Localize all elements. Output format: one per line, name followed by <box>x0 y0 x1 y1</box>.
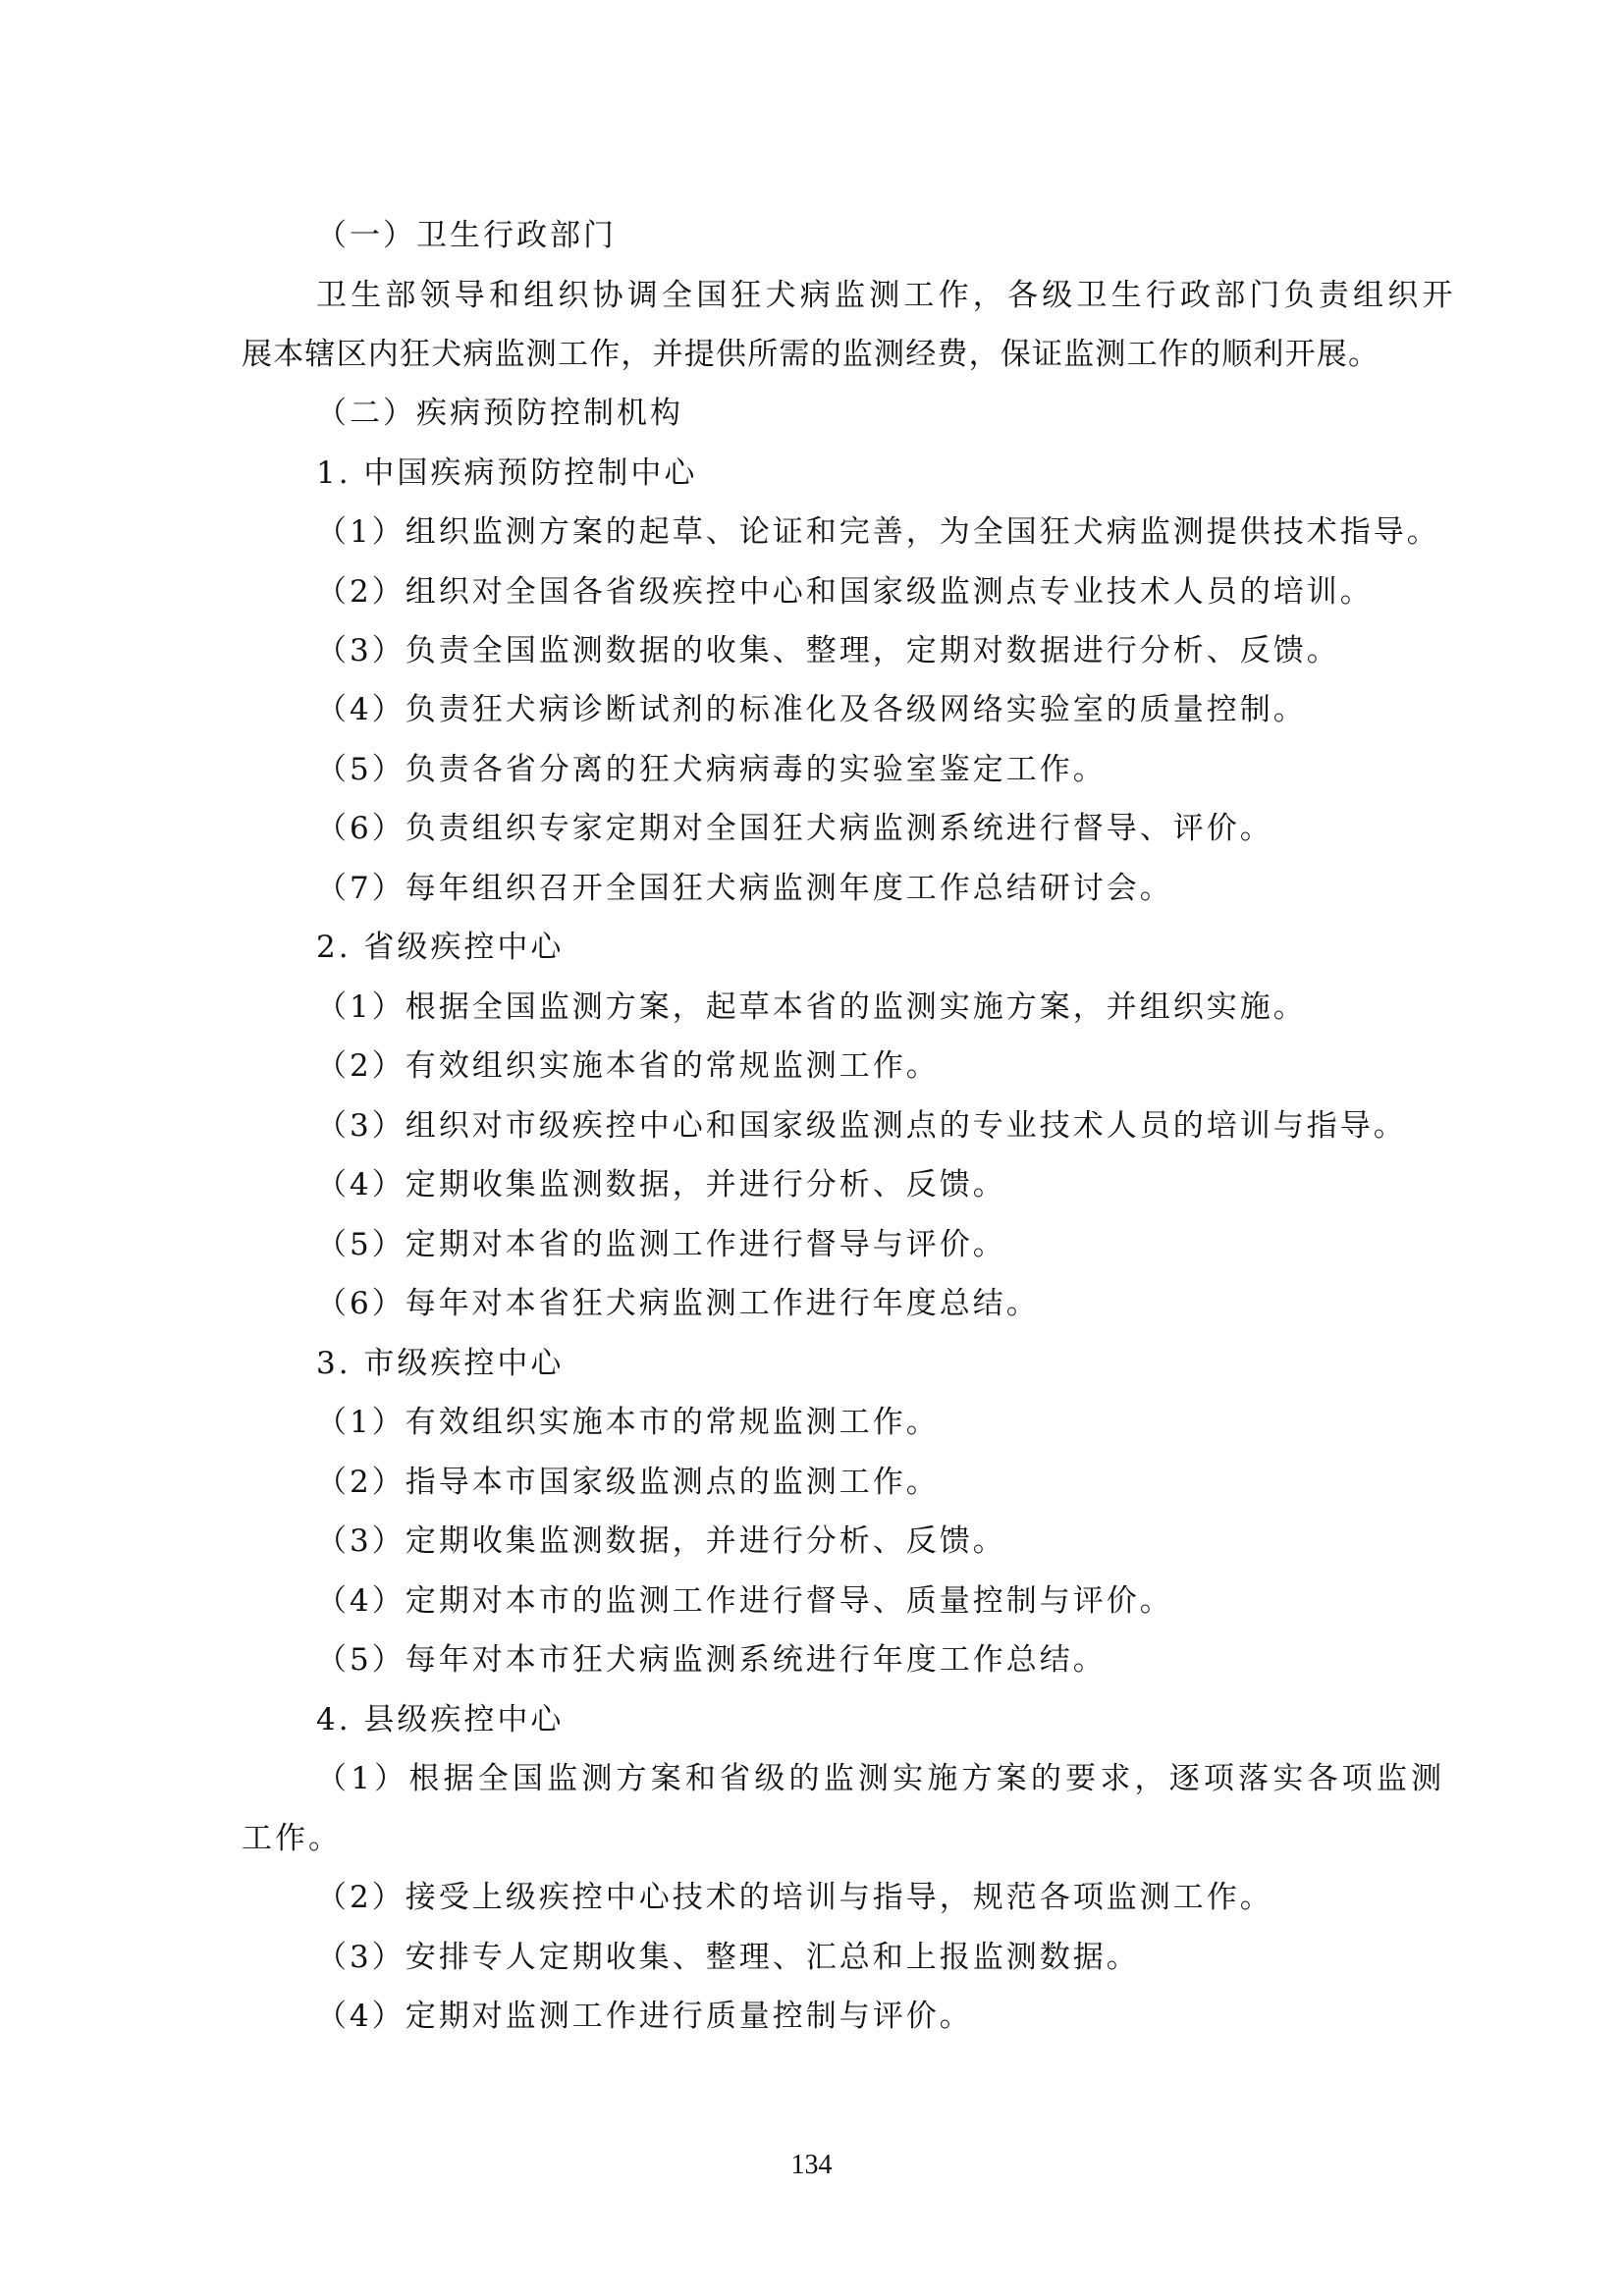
list-item: （4）定期对本市的监测工作进行督导、质量控制与评价。 <box>316 1581 1173 1621</box>
subheading-china-cdc: 1. 中国疾病预防控制中心 <box>316 454 697 493</box>
section-heading-cdc: （二）疾病预防控制机构 <box>316 394 683 433</box>
subheading-county-cdc: 4. 县级疾控中心 <box>316 1700 564 1739</box>
list-item: （1）根据全国监测方案和省级的监测实施方案的要求，逐项落实各项监测 <box>316 1759 1445 1798</box>
paragraph-line: 展本辖区内狂犬病监测工作，并提供所需的监测经费，保证监测工作的顺利开展。 <box>242 335 1380 374</box>
list-item: （1）根据全国监测方案，起草本省的监测实施方案，并组织实施。 <box>316 988 1307 1027</box>
list-item: （6）负责组织专家定期对全国狂犬病监测系统进行督导、评价。 <box>316 809 1273 848</box>
list-item: （1）组织监测方案的起草、论证和完善，为全国狂犬病监测提供技术指导。 <box>316 512 1440 552</box>
list-item: （3）定期收集监测数据，并进行分析、反馈。 <box>316 1522 1006 1561</box>
page-number: 134 <box>0 2150 1623 2181</box>
list-item: （4）定期对监测工作进行质量控制与评价。 <box>316 1997 973 2036</box>
subheading-city-cdc: 3. 市级疾控中心 <box>316 1344 564 1383</box>
list-item: （2）接受上级疾控中心技术的培训与指导，规范各项监测工作。 <box>316 1878 1273 1917</box>
paragraph-line: 卫生部领导和组织协调全国狂犬病监测工作，各级卫生行政部门负责组织开 <box>316 276 1457 315</box>
list-item-continuation: 工作。 <box>242 1819 342 1858</box>
subheading-provincial-cdc: 2. 省级疾控中心 <box>316 928 564 967</box>
list-item: （5）负责各省分离的狂犬病病毒的实验室鉴定工作。 <box>316 750 1107 789</box>
list-item: （7）每年组织召开全国狂犬病监测年度工作总结研讨会。 <box>316 869 1173 908</box>
list-item: （2）有效组织实施本省的常规监测工作。 <box>316 1046 940 1086</box>
list-item: （2）组织对全国各省级疾控中心和国家级监测点专业技术人员的培训。 <box>316 572 1374 612</box>
list-item: （1）有效组织实施本市的常规监测工作。 <box>316 1403 940 1442</box>
list-item: （3）安排专人定期收集、整理、汇总和上报监测数据。 <box>316 1938 1140 1977</box>
list-item: （6）每年对本省狂犬病监测工作进行年度总结。 <box>316 1284 1040 1323</box>
list-item: （5）每年对本市狂犬病监测系统进行年度工作总结。 <box>316 1640 1107 1680</box>
document-page: （一）卫生行政部门 卫生部领导和组织协调全国狂犬病监测工作，各级卫生行政部门负责… <box>0 0 1623 2296</box>
list-item: （3）负责全国监测数据的收集、整理，定期对数据进行分析、反馈。 <box>316 631 1340 670</box>
list-item: （5）定期对本省的监测工作进行督导与评价。 <box>316 1225 1006 1264</box>
section-heading-health-admin: （一）卫生行政部门 <box>316 216 617 255</box>
list-item: （3）组织对市级疾控中心和国家级监测点的专业技术人员的培训与指导。 <box>316 1106 1407 1146</box>
list-item: （2）指导本市国家级监测点的监测工作。 <box>316 1463 940 1502</box>
list-item: （4）定期收集监测数据，并进行分析、反馈。 <box>316 1165 1006 1204</box>
list-item: （4）负责狂犬病诊断试剂的标准化及各级网络实验室的质量控制。 <box>316 690 1307 729</box>
